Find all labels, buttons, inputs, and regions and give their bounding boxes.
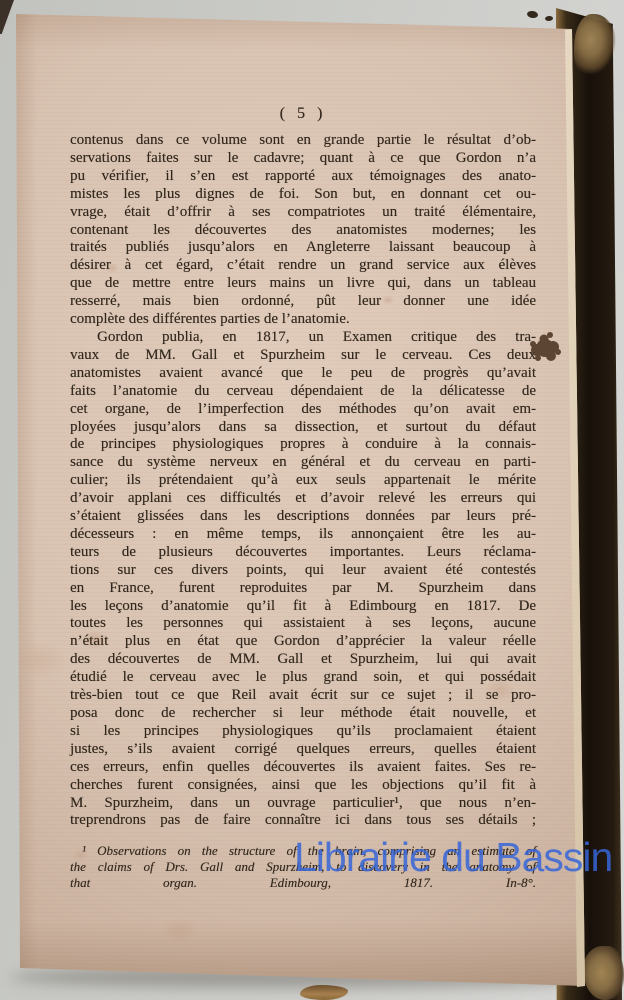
text-line: les leçons d’anatomie qu’il fit à Edimbo… [70, 598, 536, 616]
debris-top-edge [527, 10, 539, 18]
text-line: servations faites sur le cadavre; quant … [70, 150, 536, 168]
text-line: ces erreurs, enfin quelles découvertes i… [70, 759, 536, 777]
text-line: mistes les plus dignes de foi. Son but, … [70, 186, 536, 204]
book-photo: ( 5 ) contenus dans ce volume sont en gr… [0, 0, 624, 1000]
printed-text: ( 5 ) contenus dans ce volume sont en gr… [70, 104, 536, 890]
text-line: pu vérifier, il s’en est rapporté aux té… [70, 168, 536, 186]
debris-top-edge-2 [545, 16, 553, 22]
text-line: treprendrons pas de faire connaître ici … [70, 812, 536, 830]
text-line: des découvertes de MM. Gall et Spurzheim… [70, 651, 536, 669]
page-number: ( 5 ) [70, 104, 536, 124]
text-line: contenus dans ce volume sont en grande p… [70, 132, 536, 150]
text-line: culier; ils prétendaient qu’à eux seuls … [70, 472, 536, 490]
text-line: cet organe, de l’imperfection des méthod… [70, 401, 536, 419]
ink-blot [523, 328, 567, 372]
text-line: de principes physiologiques propres à co… [70, 436, 536, 454]
text-line: tions sur ces divers points, qui leur av… [70, 562, 536, 580]
text-line: ployées jusqu’alors dans sa dissection, … [70, 419, 536, 437]
text-line: cherches furent consignées, ainsi que le… [70, 777, 536, 795]
text-line: décesseurs : en même temps, ils annonçai… [70, 526, 536, 544]
text-line: très-bien tout ce que Reil avait écrit s… [70, 687, 536, 705]
text-line: d’avoir applani ces difficultés et d’avo… [70, 490, 536, 508]
text-line: étudié le cerveau avec le plus grand soi… [70, 669, 536, 687]
text-line: traités publiés jusqu’alors en Angleterr… [70, 239, 536, 257]
text-line: s’étaient glissées dans les descriptions… [70, 508, 536, 526]
text-line: si les principes physiologiques qu’ils p… [70, 723, 536, 741]
text-line: complète des différentes parties de l’an… [70, 311, 536, 329]
text-line: que de mettre entre leurs mains un livre… [70, 275, 536, 293]
text-line: justes, s’ils avaient corrigé quelques e… [70, 741, 536, 759]
body-text: contenus dans ce volume sont en grande p… [70, 132, 536, 830]
text-line: posa donc de rechercher si leur méthode … [70, 705, 536, 723]
text-line: Gordon publia, en 1817, un Examen critiq… [70, 329, 536, 347]
text-line: sance du système nerveux en général et d… [70, 454, 536, 472]
text-line: anatomistes avaient avancé que le peu de… [70, 365, 536, 383]
text-line: désirer à cet égard, c’était rendre un g… [70, 257, 536, 275]
text-line: contenant les découvertes des anatomiste… [70, 222, 536, 240]
debris-bottom-center [300, 985, 348, 1000]
text-line: vrage, était d’offrir à ses compatriotes… [70, 204, 536, 222]
text-line: resserré, mais bien ordonné, pût leur do… [70, 293, 536, 311]
text-line: teurs de plusieurs découvertes important… [70, 544, 536, 562]
watermark: Librairie du Bassin [294, 836, 612, 878]
text-line: en France, furent reproduites par M. Spu… [70, 580, 536, 598]
spine-damage-bottom [583, 946, 624, 1000]
text-line: vaux de MM. Gall et Spurzheim sur le cer… [70, 347, 536, 365]
text-line: faits l’anatomie du cerveau dépendaient … [70, 383, 536, 401]
text-line: n’était plus en état que Gordon d’appréc… [70, 633, 536, 651]
text-line: M. Spurzheim, dans un ouvrage particulie… [70, 795, 536, 813]
text-line: toutes les personnes qui assistaient à s… [70, 615, 536, 633]
